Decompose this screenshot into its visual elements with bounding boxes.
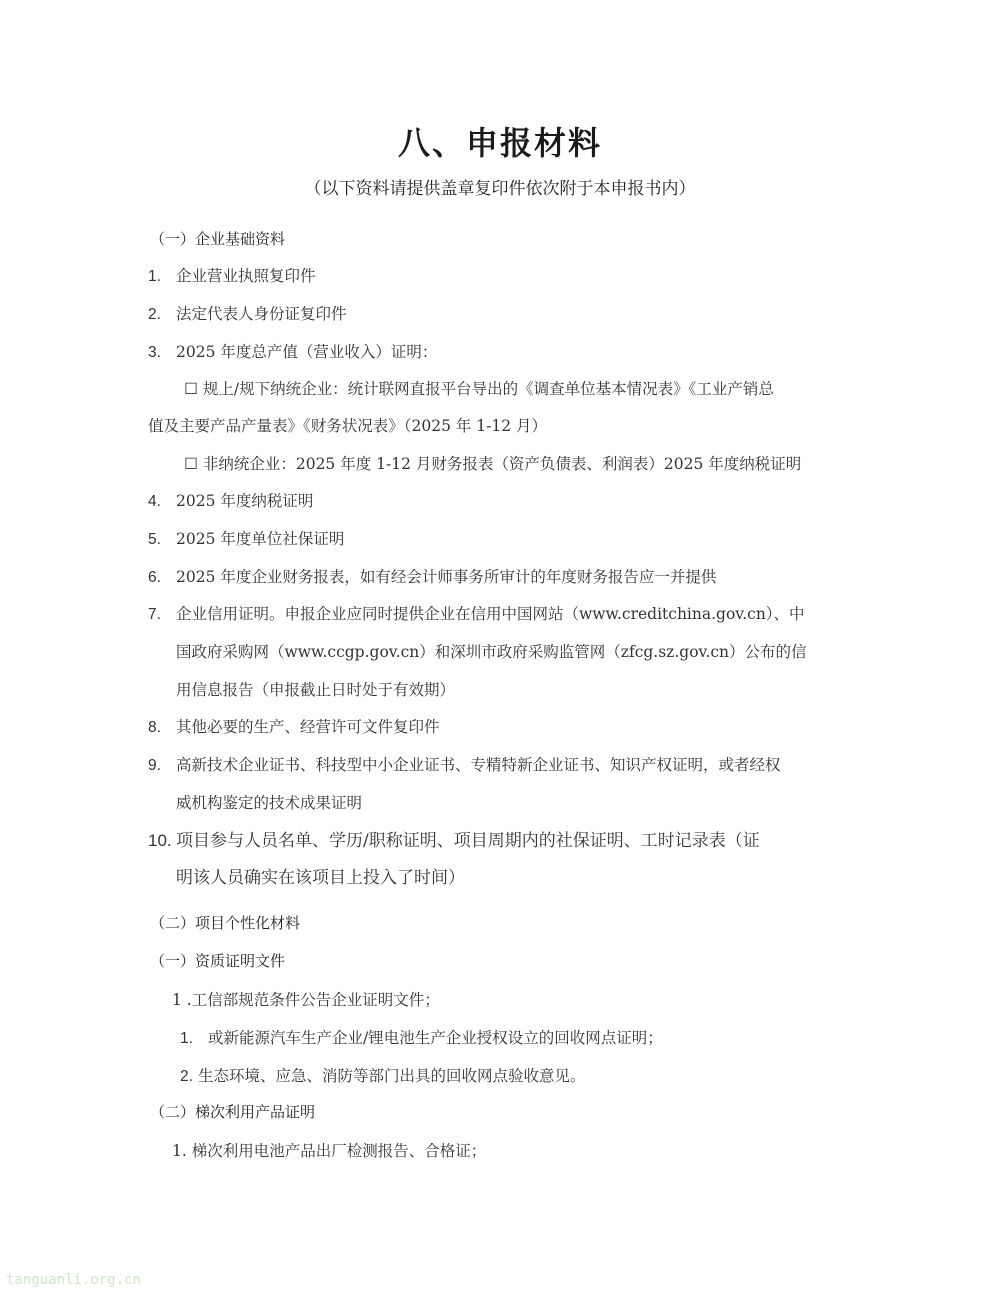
list-item-cont: 明该人员确实在该项目上投入了时间） xyxy=(176,863,465,888)
checkbox-icon[interactable]: ☐ xyxy=(184,455,198,473)
page-title: 八、申报材料 xyxy=(0,118,1000,164)
section-heading-project: （二）项目个性化材料 xyxy=(150,912,300,933)
list-item: 1.企业营业执照复印件 xyxy=(148,264,316,286)
subsection-heading-qualification: （一）资质证明文件 xyxy=(150,950,285,971)
list-item: 5.2025 年度单位社保证明 xyxy=(148,527,344,549)
option-line-cont: 值及主要产品产量表》《财务状况表》（2025 年 1-12 月） xyxy=(148,414,547,436)
list-item: 6.2025 年度企业财务报表，如有经会计师事务所审计的年度财务报告应一并提供 xyxy=(148,565,716,587)
list-item: 8.其他必要的生产、经营许可文件复印件 xyxy=(148,715,440,737)
list-item: 9.高新技术企业证书、科技型中小企业证书、专精特新企业证书、知识产权证明，或者经… xyxy=(148,753,781,775)
list-item: 1 .工信部规范条件公告企业证明文件； xyxy=(172,988,440,1010)
list-item-cont: 国政府采购网（www.ccgp.gov.cn）和深圳市政府采购监管网（zfcg.… xyxy=(176,640,807,662)
list-item: 4.2025 年度纳税证明 xyxy=(148,489,313,511)
list-item: 3.2025 年度总产值（营业收入）证明： xyxy=(148,340,437,362)
option-line: ☐ 规上/规下纳统企业：统计联网直报平台导出的《调查单位基本情况表》《工业产销总 xyxy=(184,377,774,399)
page-subtitle: （以下资料请提供盖章复印件依次附于本申报书内） xyxy=(0,174,1000,199)
subsection-heading-product: （二）梯次利用产品证明 xyxy=(150,1101,315,1122)
checkbox-icon[interactable]: ☐ xyxy=(184,380,198,398)
list-item: 7.企业信用证明。申报企业应同时提供企业在信用中国网站（www.creditch… xyxy=(148,602,805,624)
list-item-cont: 用信息报告（申报截止日时处于有效期） xyxy=(176,678,455,700)
list-item: 1. 梯次利用电池产品出厂检测报告、合格证； xyxy=(172,1139,486,1161)
list-item-cont: 威机构鉴定的技术成果证明 xyxy=(176,791,362,813)
list-item: 10.项目参与人员名单、学历/职称证明、项目周期内的社保证明、工时记录表（证 xyxy=(148,826,760,851)
sub-list-item: 1.或新能源汽车生产企业/锂电池生产企业授权设立的回收网点证明； xyxy=(180,1026,663,1048)
option-line: ☐ 非纳统企业：2025 年度 1-12 月财务报表（资产负债表、利润表）202… xyxy=(184,452,801,474)
list-item: 2.法定代表人身份证复印件 xyxy=(148,302,347,324)
section-heading-basic: （一）企业基础资料 xyxy=(150,228,285,249)
sub-list-item: 2.生态环境、应急、消防等部门出具的回收网点验收意见。 xyxy=(180,1064,586,1086)
watermark: tanguanli.org.cn xyxy=(6,1272,141,1288)
